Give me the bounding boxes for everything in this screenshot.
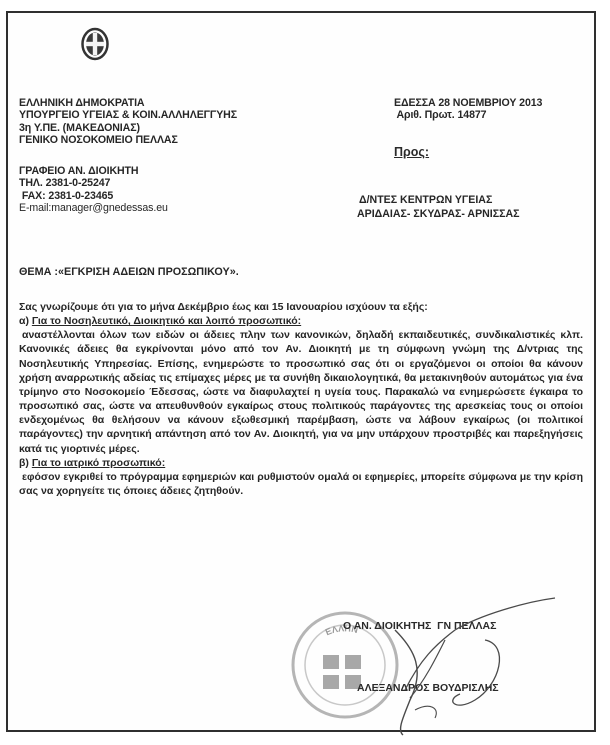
section-b-text: εφόσον εγκριθεί το πρόγραμμα εφημεριών κ… xyxy=(19,470,583,498)
protocol-number: Αριθ. Πρωτ. 14877 xyxy=(394,109,542,121)
greek-coat-of-arms-icon xyxy=(81,27,109,61)
sender-line: ΓΕΝΙΚΟ ΝΟΣΟΚΟΜΕΙΟ ΠΕΛΛΑΣ xyxy=(19,134,237,146)
handwritten-signature-icon xyxy=(285,590,575,740)
email-address: E-mail:manager@gnedessas.eu xyxy=(19,202,168,214)
section-a-marker: α) xyxy=(19,315,32,327)
intro-paragraph: Σας γνωρίζουμε ότι για το μήνα Δεκέμβριο… xyxy=(19,300,583,314)
scanned-letter: ΕΛΛΗΝΙΚΗ ΔΗΜΟΚΡΑΤΙΑ ΥΠΟΥΡΓΕΙΟ ΥΓΕΙΑΣ & Κ… xyxy=(0,0,610,745)
sender-header: ΕΛΛΗΝΙΚΗ ΔΗΜΟΚΡΑΤΙΑ ΥΠΟΥΡΓΕΙΟ ΥΓΕΙΑΣ & Κ… xyxy=(19,97,237,146)
letter-body: Σας γνωρίζουμε ότι για το μήνα Δεκέμβριο… xyxy=(19,300,583,498)
to-label: Προς: xyxy=(394,145,429,159)
subject-line: ΘΕΜΑ :«ΕΓΚΡΙΣΗ ΑΔΕΙΩΝ ΠΡΟΣΩΠΙΚΟΥ». xyxy=(19,266,239,278)
fax-number: FAX: 2381-0-23465 xyxy=(19,190,168,202)
section-a-text: αναστέλλονται όλων των ειδών οι άδειες π… xyxy=(19,328,583,455)
sender-line: ΕΛΛΗΝΙΚΗ ΔΗΜΟΚΡΑΤΙΑ xyxy=(19,97,237,109)
signature-block: ΕΛΛΗΝ Ο ΑΝ. ΔΙΟΙΚΗΤΗΣ ΓΝ ΠΕΛΛΑΣ ΑΛΕΞΑΝΔΡ… xyxy=(285,590,575,740)
sender-line: ΥΠΟΥΡΓΕΙΟ ΥΓΕΙΑΣ & ΚΟΙΝ.ΑΛΛΗΛΕΓΓΥΗΣ xyxy=(19,109,237,121)
section-a-heading: α) Για το Νοσηλευτικό, Διοικητικό και λο… xyxy=(19,314,583,328)
office-label: ΓΡΑΦΕΙΟ ΑΝ. ΔΙΟΙΚΗΤΗ xyxy=(19,165,168,177)
date-block: ΕΔΕΣΣΑ 28 ΝΟΕΜΒΡΙΟΥ 2013 Αριθ. Πρωτ. 148… xyxy=(394,97,542,122)
sender-line: 3η Υ.ΠΕ. (ΜΑΚΕΔΟΝΙΑΣ) xyxy=(19,122,237,134)
recipients: Δ/ΝΤΕΣ ΚΕΝΤΡΩΝ ΥΓΕΙΑΣ ΑΡΙΔΑΙΑΣ- ΣΚΥΔΡΑΣ-… xyxy=(357,193,519,221)
phone-number: ΤΗΛ. 2381-0-25247 xyxy=(19,177,168,189)
recipient-line: Δ/ΝΤΕΣ ΚΕΝΤΡΩΝ ΥΓΕΙΑΣ xyxy=(357,193,519,207)
sender-contact: ΓΡΑΦΕΙΟ ΑΝ. ΔΙΟΙΚΗΤΗ ΤΗΛ. 2381-0-25247 F… xyxy=(19,165,168,214)
section-b-heading: β) Για το ιατρικό προσωπικό: xyxy=(19,456,583,470)
place-date: ΕΔΕΣΣΑ 28 ΝΟΕΜΒΡΙΟΥ 2013 xyxy=(394,97,542,109)
section-b-title: Για το ιατρικό προσωπικό: xyxy=(32,457,165,469)
section-b-marker: β) xyxy=(19,457,32,469)
section-a-title: Για το Νοσηλευτικό, Διοικητικό και λοιπό… xyxy=(32,315,301,327)
recipient-line: ΑΡΙΔΑΙΑΣ- ΣΚΥΔΡΑΣ- ΑΡΝΙΣΣΑΣ xyxy=(357,207,519,221)
